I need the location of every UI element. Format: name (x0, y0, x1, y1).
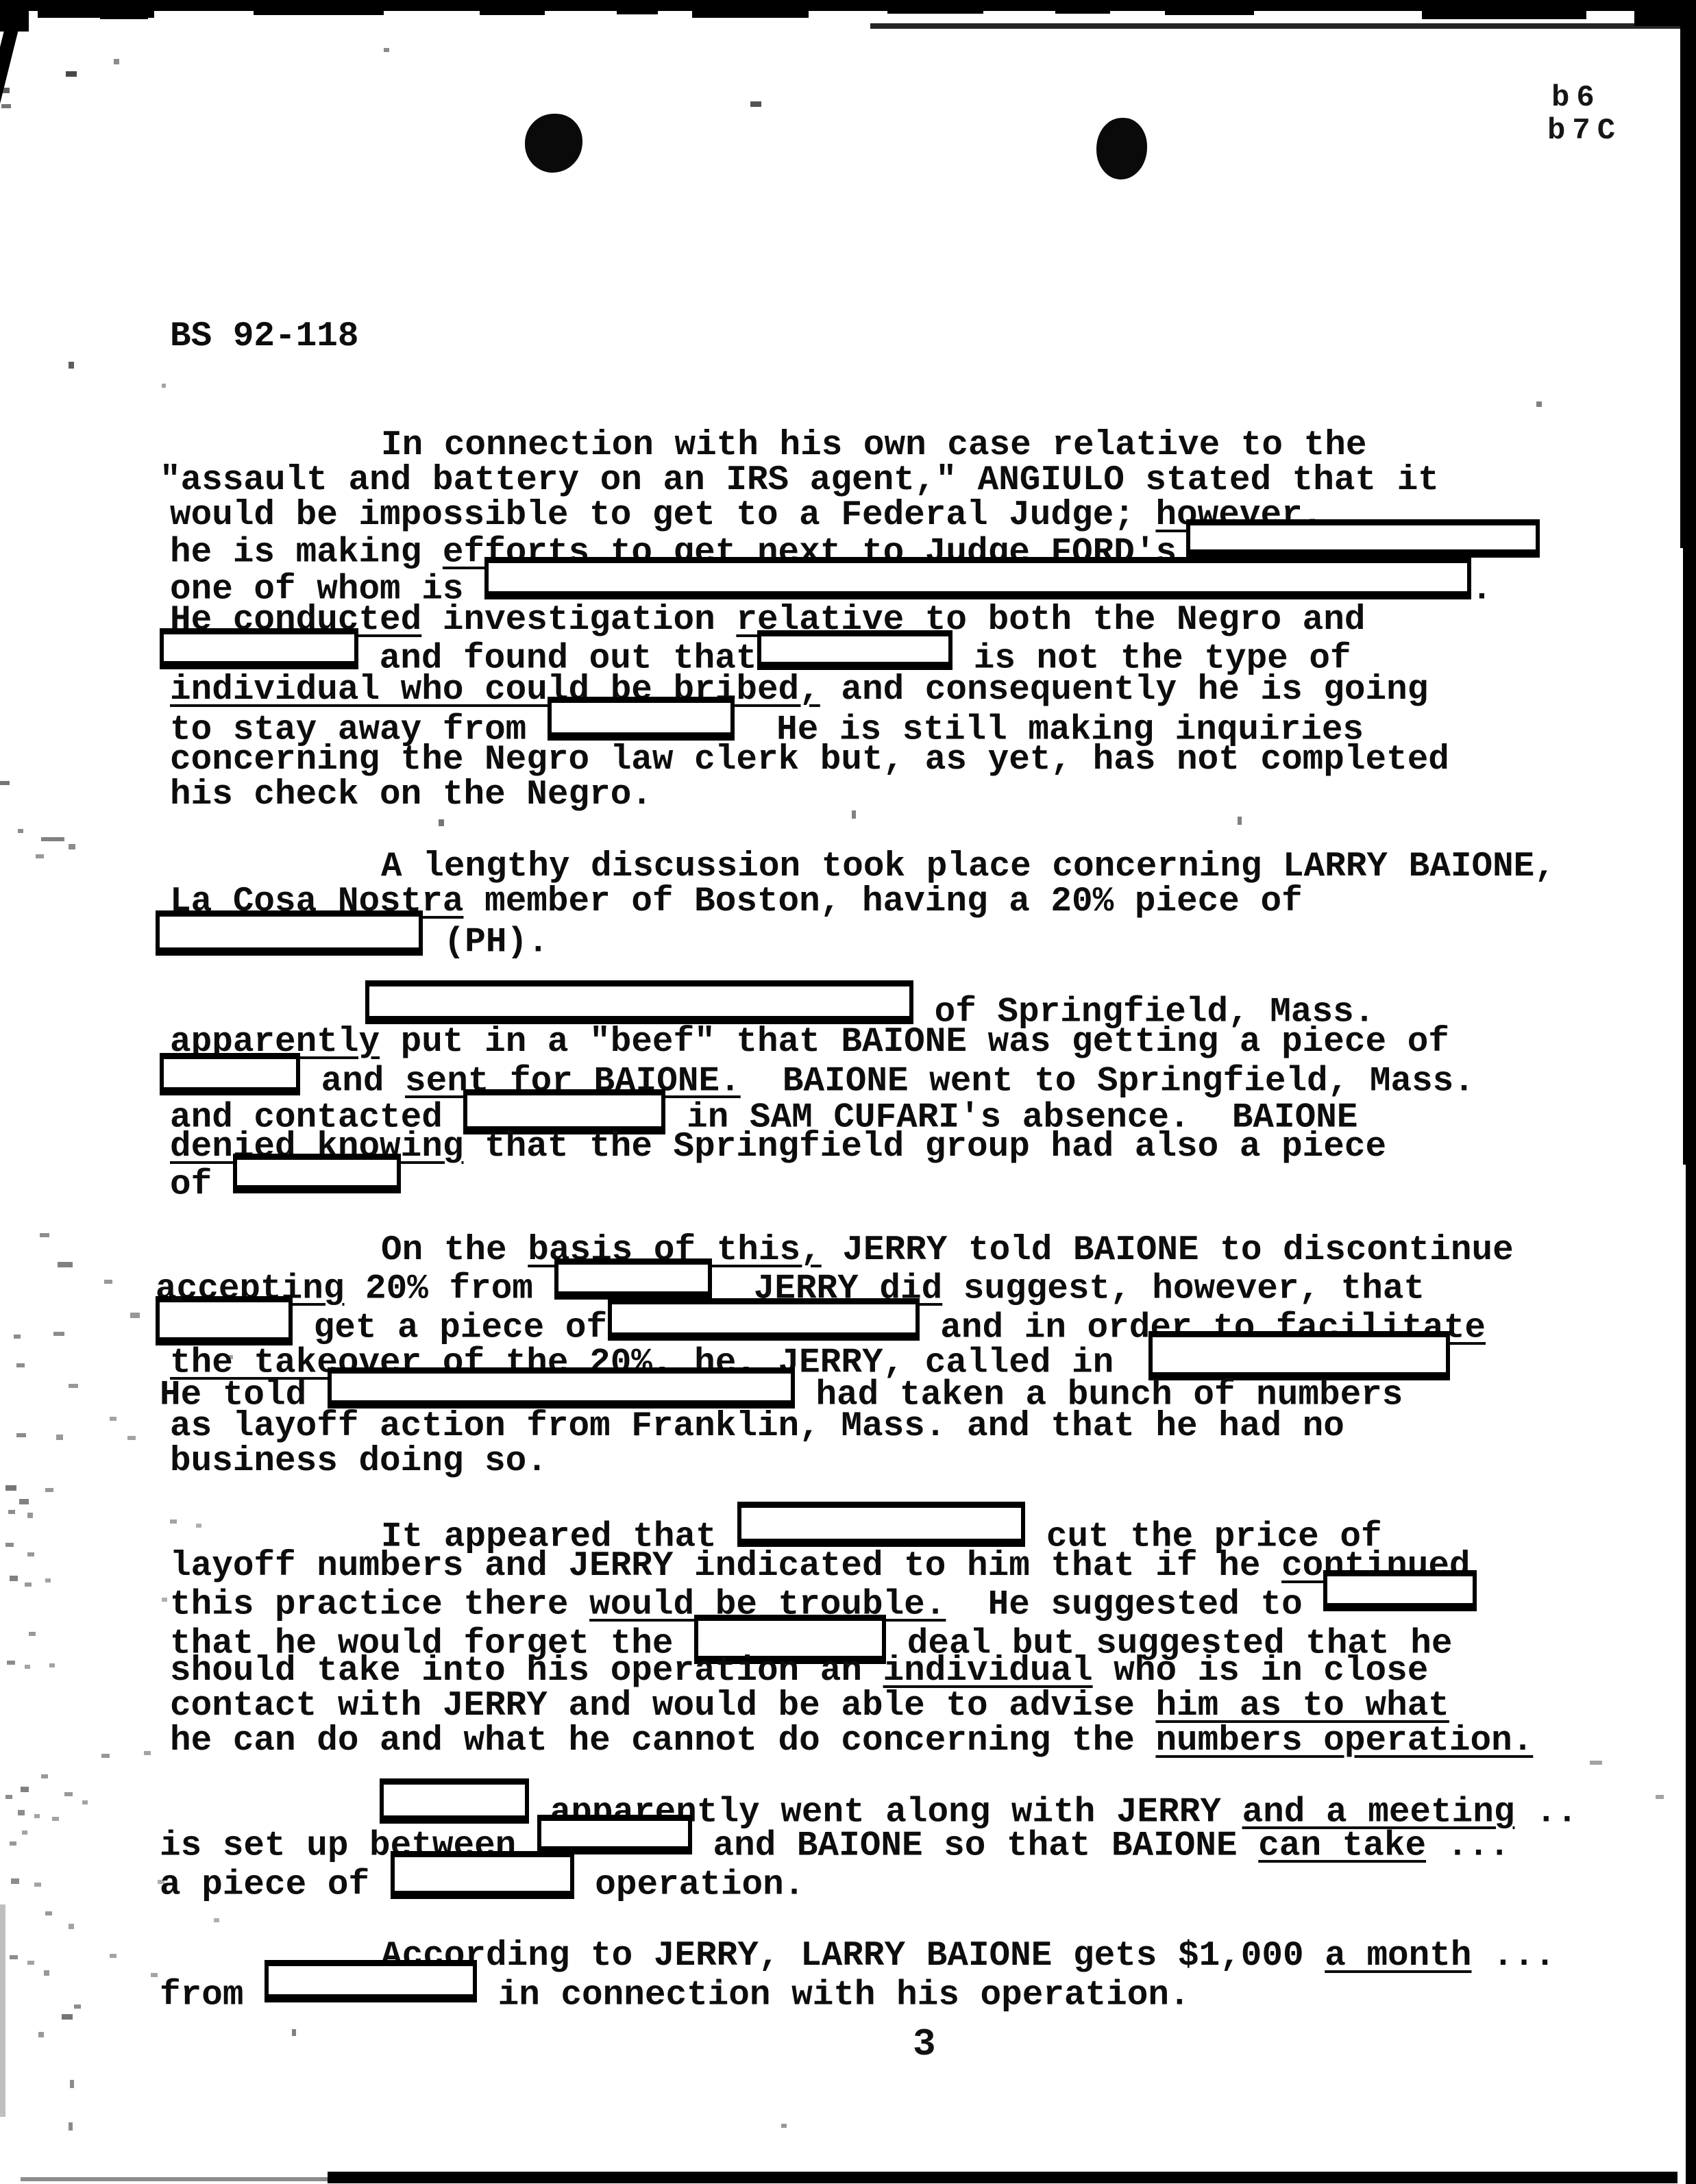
scan-speck (158, 1880, 164, 1884)
text-line: individual who could be bribed, and cons… (170, 673, 1428, 708)
scan-speck (0, 781, 10, 785)
scan-speck (171, 1297, 182, 1301)
text-run: who is in close (1093, 1652, 1429, 1691)
scan-speck (162, 1598, 167, 1602)
scan-speck (69, 1924, 74, 1929)
redaction-box (380, 1778, 529, 1824)
text-run: (PH). (423, 923, 549, 962)
hole-punch (1096, 118, 1147, 179)
redaction-box (737, 1502, 1025, 1547)
text-line: a piece of operation. (160, 1861, 804, 1909)
text-line: he can do and what he cannot do concerni… (170, 1724, 1533, 1759)
scan-speck (19, 1499, 29, 1504)
text-line: as layoff action from Franklin, Mass. an… (170, 1409, 1344, 1444)
scan-speck (45, 1911, 52, 1915)
scan-speck (40, 1233, 49, 1237)
scan-speck (1238, 817, 1242, 825)
scan-speck (69, 1384, 78, 1388)
scan-speck (53, 1332, 64, 1336)
scan-edge-bump (1165, 8, 1254, 15)
scan-speck (5, 1485, 16, 1491)
scan-speck (41, 837, 64, 841)
scan-speck (852, 810, 856, 819)
scan-speck (56, 1435, 63, 1440)
scan-speck (36, 854, 44, 858)
scan-speck (162, 384, 166, 388)
scan-speck (292, 2029, 296, 2036)
scan-speck (41, 1774, 48, 1778)
text-run: ... (1426, 1826, 1510, 1865)
redaction-box (757, 630, 953, 670)
scan-speck (64, 1792, 73, 1796)
scan-speck (110, 1417, 116, 1421)
text-run: his check on the Negro. (170, 775, 652, 815)
scan-edge-bump (1634, 8, 1696, 26)
text-run: A lengthy discussion took place concerni… (381, 847, 1556, 886)
redaction-box (608, 1298, 920, 1341)
scan-speck (69, 844, 75, 849)
text-line: from in connection with his operation. (160, 1974, 1190, 2016)
underlined-text: a month (1325, 1937, 1471, 1976)
underlined-text: can take (1258, 1826, 1426, 1865)
scan-speck (27, 1552, 34, 1556)
scan-speck (25, 1665, 30, 1669)
scan-speck (22, 1831, 27, 1835)
text-line: is set up between and BAIONE so that BAI… (160, 1826, 1510, 1865)
text-run: "assault and battery on an IRS agent," A… (160, 461, 1439, 500)
scan-speck (11, 1878, 19, 1884)
scan-speck (34, 1883, 41, 1887)
redaction-box (1323, 1570, 1477, 1611)
scan-speck (101, 1754, 110, 1758)
text-line: According to JERRY, LARRY BAIONE gets $1… (381, 1939, 1556, 1974)
scan-speck (52, 1817, 59, 1821)
text-run: would be impossible to get to a Federal … (170, 496, 1155, 535)
scan-edge-bump (887, 7, 983, 14)
text-run: JERRY told BAIONE to discontinue (822, 1231, 1514, 1270)
scan-speck (66, 71, 77, 77)
scan-speck (3, 88, 10, 93)
scan-speck (151, 1973, 158, 1977)
underlined-text: numbers operation. (1155, 1722, 1533, 1761)
redaction-box (265, 1960, 477, 2002)
text-line: (PH). (156, 919, 549, 965)
hole-punch (525, 114, 582, 173)
text-run: should take into his operation an (170, 1652, 883, 1691)
scan-speck (45, 1488, 53, 1492)
scan-speck (18, 1810, 25, 1815)
text-run: and consequently he is going (820, 671, 1429, 710)
scan-speck (439, 819, 444, 826)
text-line: layoff numbers and JERRY indicated to hi… (170, 1549, 1471, 1584)
text-line: of (170, 1165, 401, 1204)
scan-speck (70, 2080, 74, 2088)
text-run: that the Springfield group had also a pi… (463, 1128, 1386, 1167)
text-run: of (170, 1165, 233, 1204)
scan-speck (384, 48, 389, 52)
scan-speck (8, 1510, 15, 1514)
text-line: In connection with his own case relative… (381, 428, 1366, 463)
scan-speck (226, 1355, 233, 1359)
scan-speck (45, 1578, 51, 1583)
scan-speck (34, 1814, 40, 1818)
scan-edge-bump (480, 8, 545, 15)
text-line: apparently put in a "beef" that BAIONE w… (170, 1025, 1449, 1060)
text-line: On the basis of this, JERRY told BAIONE … (381, 1233, 1514, 1268)
text-run: and BAIONE so that BAIONE (692, 1826, 1258, 1865)
scan-speck (127, 1436, 136, 1440)
scan-speck (44, 1970, 49, 1976)
text-run: a piece of (160, 1865, 391, 1904)
scan-speck (82, 1800, 88, 1804)
underlined-text: individual (883, 1652, 1093, 1691)
text-run: .. (1514, 1793, 1577, 1832)
scan-speck (16, 1363, 25, 1367)
text-run: business doing so. (170, 1442, 548, 1481)
redaction-box (233, 1154, 401, 1193)
text-line: "assault and battery on an IRS agent," A… (160, 463, 1439, 498)
text-run: member of Boston, having a 20% piece of (463, 882, 1302, 921)
redaction-box (548, 697, 735, 741)
scan-speck (144, 1751, 151, 1755)
scan-speck (750, 101, 761, 107)
document-page: BS 92-118In connection with his own case… (0, 0, 1696, 2184)
scan-speck (38, 2032, 44, 2037)
scan-speck (49, 1663, 55, 1667)
text-line: would be impossible to get to a Federal … (170, 498, 1323, 533)
text-run: ... (1471, 1937, 1555, 1976)
text-run: to both the Negro and (904, 601, 1365, 640)
scan-speck (74, 2005, 81, 2009)
scan-edge-bump (100, 4, 148, 19)
scan-speck (62, 2014, 73, 2020)
text-line: should take into his operation an indivi… (170, 1654, 1428, 1689)
redaction-box (156, 910, 423, 956)
scan-speck (716, 1980, 722, 1984)
scan-speck (1656, 1795, 1664, 1799)
scan-speck (114, 59, 119, 64)
redaction-box (328, 1367, 795, 1409)
text-run: investigation (421, 601, 736, 640)
redaction-box (1186, 519, 1540, 558)
scan-speck (170, 1519, 177, 1524)
scan-edge-bump (1055, 8, 1110, 14)
redaction-box (1148, 1331, 1450, 1380)
scan-speck (130, 1313, 140, 1318)
scan-speck (104, 1280, 112, 1284)
scan-speck (196, 1524, 201, 1528)
text-run: concerning the Negro law clerk but, as y… (170, 741, 1449, 780)
scan-edge-bump (1422, 8, 1586, 19)
text-line: his check on the Negro. (170, 778, 652, 812)
redaction-box (160, 628, 358, 669)
redaction-box (160, 1053, 300, 1095)
scan-speck (27, 1513, 33, 1518)
text-run: in connection with his operation. (477, 1976, 1190, 2015)
scan-speck (1, 104, 11, 108)
text-run: BS 92-118 (170, 317, 358, 356)
text-run: According to JERRY, LARRY BAIONE gets $1… (381, 1937, 1325, 1976)
redaction-box (365, 980, 913, 1024)
scan-speck (1536, 401, 1542, 407)
text-line: business doing so. (170, 1444, 548, 1479)
scan-speck (110, 1954, 116, 1958)
scan-speck (16, 1433, 26, 1437)
text-run: On the (381, 1231, 528, 1270)
scan-speck (27, 1961, 34, 1965)
redaction-box (554, 1258, 712, 1300)
text-run: as layoff action from Franklin, Mass. an… (170, 1407, 1344, 1446)
text-line: contact with JERRY and would be able to … (170, 1689, 1449, 1724)
redaction-box (484, 557, 1471, 599)
text-run: from (160, 1976, 265, 2015)
underlined-text: him as to what (1155, 1687, 1449, 1726)
text-run: he is making (170, 533, 443, 572)
scan-speck (18, 829, 23, 833)
redaction-box (391, 1851, 574, 1899)
scan-speck (21, 1787, 29, 1792)
scan-speck (5, 1795, 12, 1799)
text-line: A lengthy discussion took place concerni… (381, 849, 1556, 884)
scan-speck (1590, 1761, 1602, 1765)
scan-speck (69, 362, 74, 369)
text-line: concerning the Negro law clerk but, as y… (170, 743, 1449, 778)
text-run: he can do and what he cannot do concerni… (170, 1722, 1155, 1761)
scan-speck (781, 2124, 787, 2128)
text-line: BS 92-118 (170, 319, 358, 354)
scan-speck (7, 1661, 15, 1665)
redaction-box (537, 1815, 692, 1854)
text-run: operation. (574, 1865, 805, 1904)
scan-speck (14, 1335, 21, 1339)
scan-speck (10, 1576, 18, 1581)
scan-speck (29, 1632, 36, 1636)
scan-edge-bump (692, 8, 809, 18)
text-run: In connection with his own case relative… (381, 426, 1366, 465)
scan-speck (25, 1583, 32, 1587)
text-run: layoff numbers and JERRY indicated to hi… (170, 1547, 1281, 1586)
scan-speck (214, 1918, 219, 1922)
scan-edge-bump (617, 9, 658, 14)
scan-speck (10, 1841, 16, 1846)
scan-edge-bump (0, 0, 29, 32)
page-number: 3 (913, 2022, 936, 2066)
scan-speck (10, 1955, 18, 1959)
text-run: contact with JERRY and would be able to … (170, 1687, 1155, 1726)
scan-speck (69, 2122, 73, 2131)
text-run: . (1471, 570, 1492, 609)
scan-speck (58, 1262, 73, 1267)
scan-edge-bump (254, 7, 384, 15)
text-run: put in a "beef" that BAIONE was getting … (380, 1023, 1449, 1062)
scan-speck (5, 1543, 14, 1547)
